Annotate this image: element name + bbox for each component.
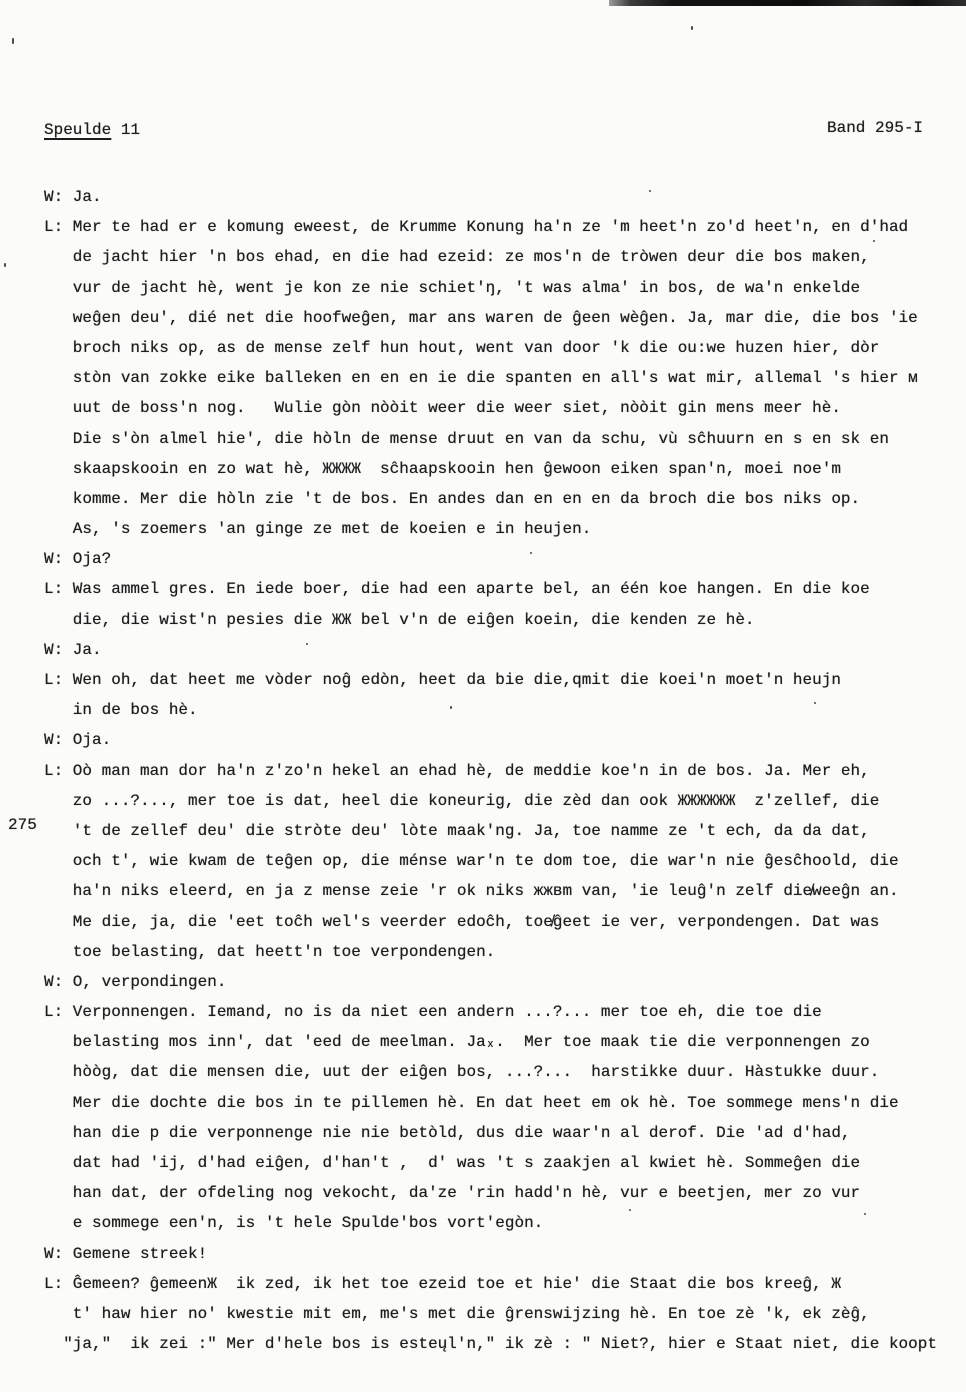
transcript-line: t' haw hier no' kwestie mit em, me's met…	[44, 1299, 964, 1329]
transcript-line: L: Wen oh, dat heet me vòder noĝ edòn, h…	[44, 665, 964, 695]
transcript-line: uut de boss'n nog. Wulie gòn nòòit weer …	[44, 393, 964, 423]
scan-artifact-bar	[609, 0, 966, 6]
transcript-line: die, die wist'n pesies die ЖЖ bel v'n de…	[44, 605, 964, 635]
transcript-line: zo ...?..., mer toe is dat, heel die kon…	[44, 786, 964, 816]
transcript-line: han dat, der ofdeling nog vekocht, da'ze…	[44, 1178, 964, 1208]
transcript-line: toe belasting, dat heett'n toe verponden…	[44, 937, 964, 967]
transcript-line: W: Oja?	[44, 544, 964, 574]
scan-speck	[691, 26, 693, 30]
transcript-line: komme. Mer die hòln zie 't de bos. En an…	[44, 484, 964, 514]
scan-speck	[4, 263, 6, 267]
transcript: 275 W: Ja.L: Mer te had er e komung ewee…	[44, 182, 964, 1359]
page-title-number: 11	[111, 121, 140, 139]
transcript-line: L: Oò man man dor ha'n z'zo'n hekel an e…	[44, 756, 964, 786]
transcript-line: hòòg, dat die mensen die, uut der eiĝen …	[44, 1057, 964, 1087]
transcript-line: L: Mer te had er e komung eweest, de Kru…	[44, 212, 964, 242]
transcript-line: belasting mos inn', dat 'eed de meelman.…	[44, 1027, 964, 1057]
transcript-line: W: O, verpondingen.	[44, 967, 964, 997]
page-title-underlined: Speulde	[44, 121, 111, 139]
transcript-line: skaapskooin en zo wat hè, ЖЖЖЖ sĉhaapsko…	[44, 454, 964, 484]
transcript-line: "ja," ik zei :" Mer d'hele bos is esteųl…	[44, 1329, 964, 1359]
scan-speck	[12, 38, 14, 44]
transcript-line: Me die, ja, die 'eet toĉh wel's veerder …	[44, 907, 964, 937]
transcript-line: As, 's zoemers 'an ginge ze met de koeie…	[44, 514, 964, 544]
transcript-line: dat had 'ij, d'had eiĝen, d'han't , d' w…	[44, 1148, 964, 1178]
transcript-line: L: Was ammel gres. En iede boer, die had…	[44, 574, 964, 604]
margin-line-number: 275	[8, 816, 37, 834]
transcript-line: W: Oja.	[44, 725, 964, 755]
transcript-line: och t', wie kwam de teĝen op, die ménse …	[44, 846, 964, 876]
transcript-line: de jacht hier 'n bos ehad, en die had ez…	[44, 242, 964, 272]
page-title: Speulde 11	[44, 121, 140, 139]
transcript-line: ha'n niks eleerd, en ja z mense zeie 'r …	[44, 876, 964, 906]
transcript-line: han die p die verponnenge nie nie betòld…	[44, 1118, 964, 1148]
transcript-line: 't de zellef deu' die stròte deu' lòte m…	[44, 816, 964, 846]
band-label: Band 295-I	[827, 119, 923, 137]
transcript-line: Mer die dochte die bos in te pillemen hè…	[44, 1088, 964, 1118]
transcript-line: W: Ja.	[44, 182, 964, 212]
transcript-line: in de bos hè.	[44, 695, 964, 725]
transcript-line: Die s'òn almel hie', die hòln de mense d…	[44, 424, 964, 454]
transcript-line: W: Ja.	[44, 635, 964, 665]
transcript-line: W: Gemene streek!	[44, 1239, 964, 1269]
transcript-line: vur de jacht hè, went je kon ze nie schi…	[44, 273, 964, 303]
transcript-line: L: Ĝemeen? ĝemeenЖ ik zed, ik het toe ez…	[44, 1269, 964, 1299]
transcript-line: e sommege een'n, is 't hele Spulde'bos v…	[44, 1208, 964, 1238]
transcript-line: broch niks op, as de mense zelf hun hout…	[44, 333, 964, 363]
transcript-line: stòn van zokke eike balleken en en en ie…	[44, 363, 964, 393]
transcript-line: weĝen deu', dié net die hoofweĝen, mar a…	[44, 303, 964, 333]
transcript-line: L: Verponnengen. Iemand, no is da niet e…	[44, 997, 964, 1027]
